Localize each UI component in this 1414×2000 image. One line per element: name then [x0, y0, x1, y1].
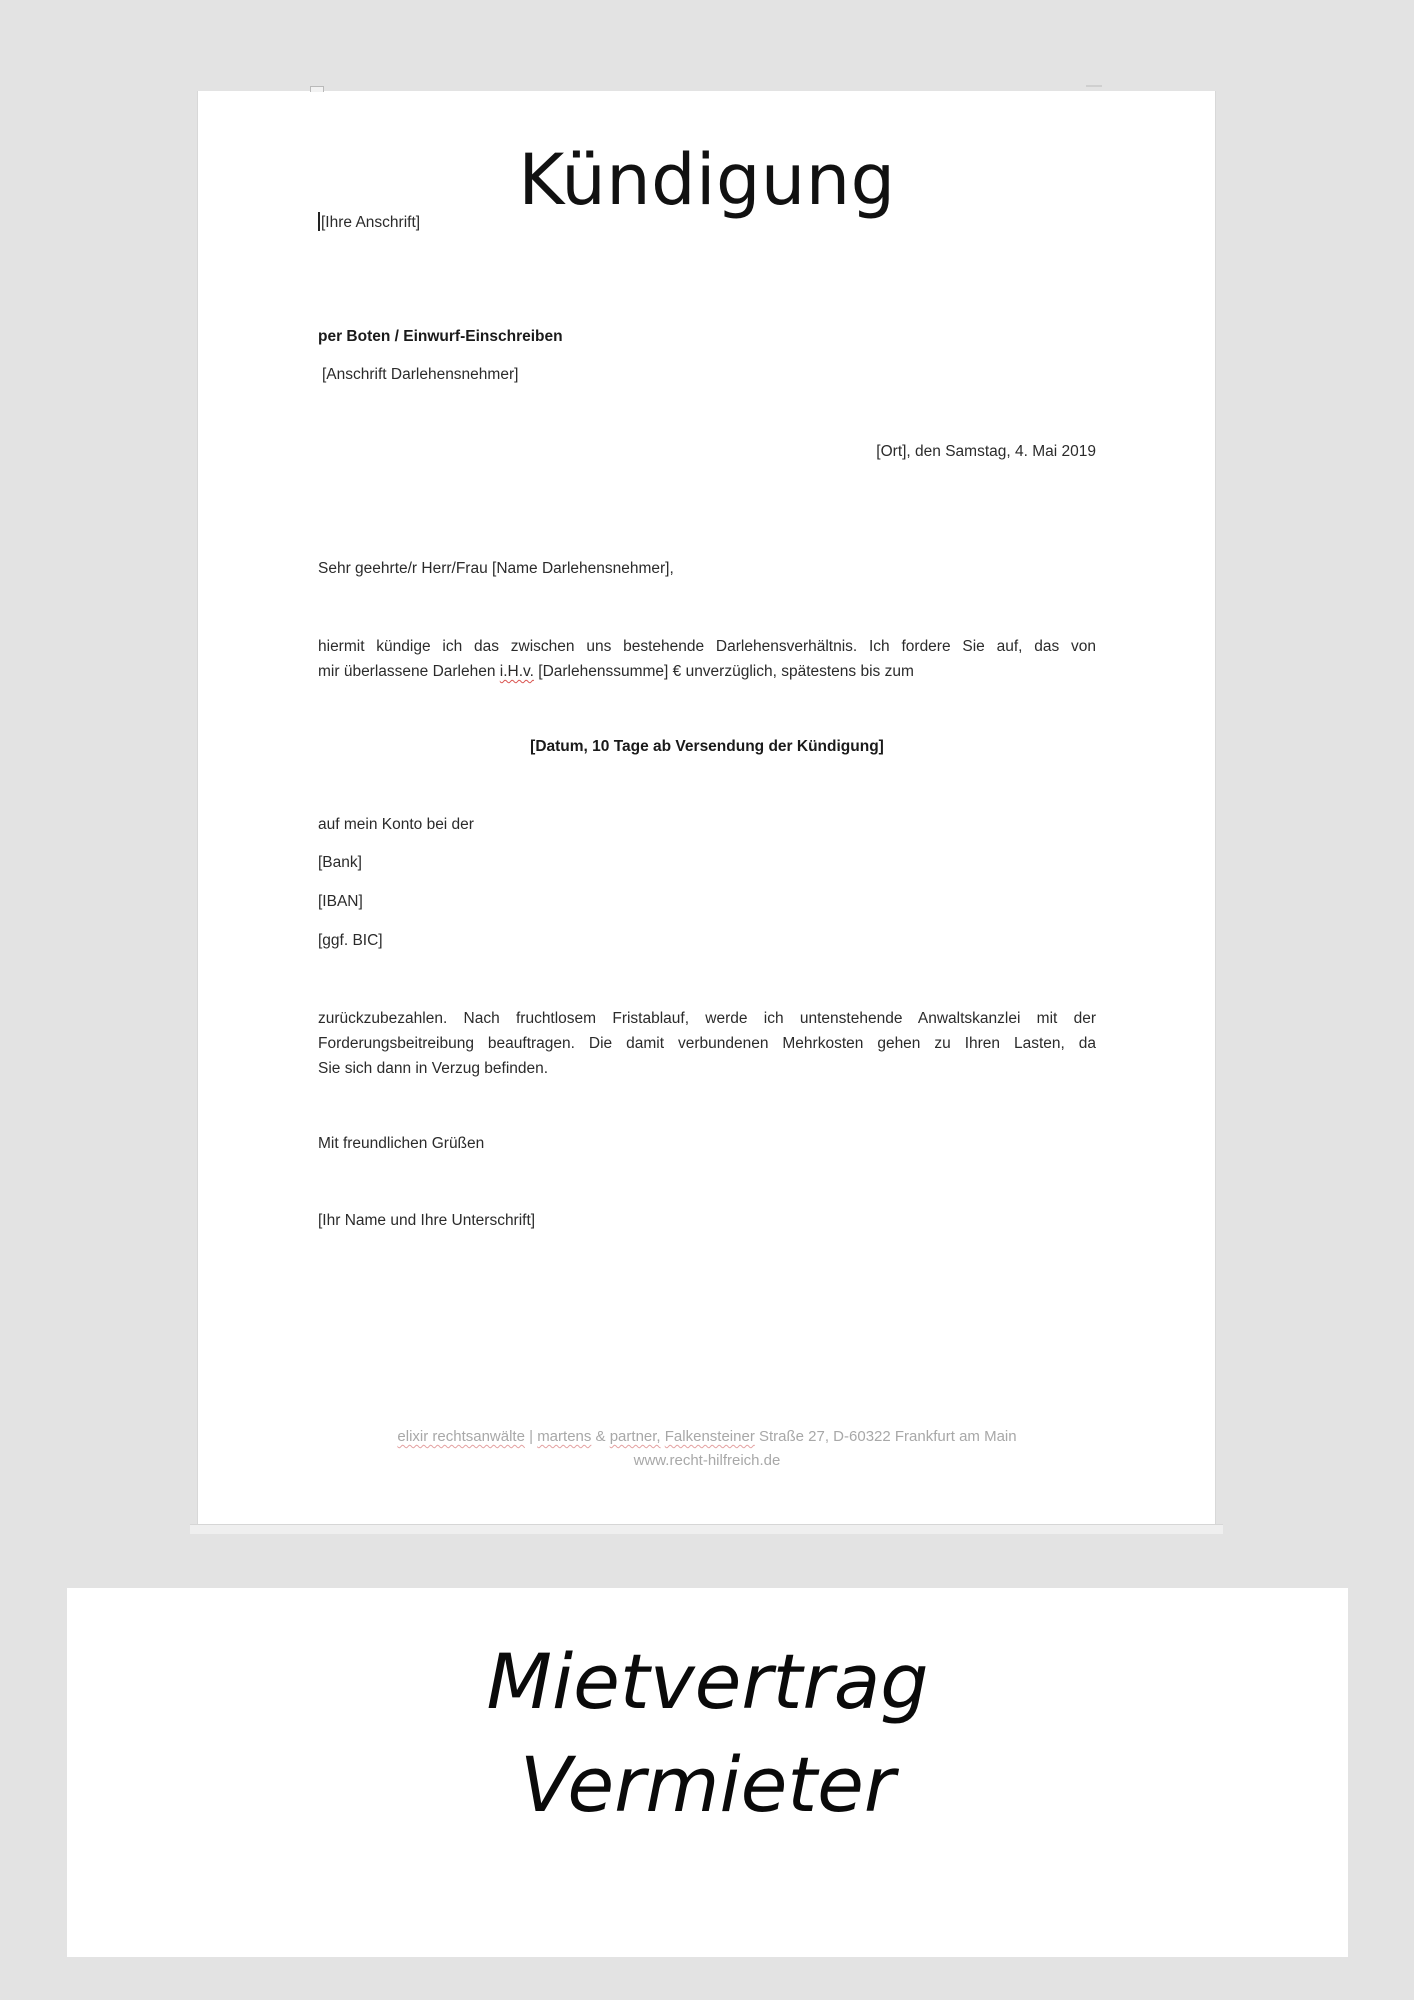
paragraph-line: Sie sich dann in Verzug befinden.	[318, 1056, 1096, 1081]
text-cursor	[318, 212, 320, 231]
text-segment: mir überlassene Darlehen	[318, 663, 500, 680]
deadline-placeholder: [Datum, 10 Tage ab Versendung der Kündig…	[0, 738, 1414, 756]
account-intro: auf mein Konto bei der	[318, 816, 474, 834]
sender-address-text: [Ihre Anschrift]	[321, 214, 420, 231]
paragraph-line: zurückzubezahlen. Nach fruchtlosem Frist…	[318, 1006, 1096, 1031]
footer-address: elixir rechtsanwälte | martens & partner…	[0, 1428, 1414, 1445]
spellcheck-flagged-word[interactable]: Falkensteiner	[665, 1428, 755, 1445]
paragraph-line: Forderungsbeitreibung beauftragen. Die d…	[318, 1031, 1096, 1056]
margin-marker-left	[310, 86, 324, 92]
paragraph-termination: hiermit kündige ich das zwischen uns bes…	[318, 634, 1096, 684]
paragraph-line: mir überlassene Darlehen i.H.v. [Darlehe…	[318, 659, 1096, 684]
sender-address[interactable]: [Ihre Anschrift]	[318, 212, 420, 232]
signature-placeholder: [Ihr Name und Ihre Unterschrift]	[318, 1212, 535, 1230]
spellcheck-flagged-word[interactable]: partner,	[610, 1428, 661, 1445]
bank-placeholder: [Bank]	[318, 854, 362, 872]
iban-placeholder: [IBAN]	[318, 893, 363, 911]
caption-line-2: Vermieter	[67, 1740, 1348, 1829]
paragraph-line: hiermit kündige ich das zwischen uns bes…	[318, 634, 1096, 659]
caption-panel: Mietvertrag Vermieter	[67, 1588, 1348, 1957]
text-segment: Straße 27, D-60322 Frankfurt am Main	[755, 1428, 1017, 1445]
footer-website: www.recht-hilfreich.de	[0, 1452, 1414, 1469]
spellcheck-flagged-word[interactable]: elixir rechtsanwälte	[397, 1428, 525, 1445]
place-date: [Ort], den Samstag, 4. Mai 2019	[876, 443, 1096, 461]
document-page	[197, 91, 1216, 1524]
closing: Mit freundlichen Grüßen	[318, 1135, 484, 1153]
text-segment: &	[591, 1428, 609, 1445]
caption-line-1: Mietvertrag	[67, 1637, 1348, 1726]
page-bottom-edge	[190, 1524, 1223, 1534]
page-title: Kündigung	[0, 139, 1414, 221]
spellcheck-flagged-word[interactable]: i.H.v.	[500, 663, 534, 680]
margin-marker-right	[1086, 85, 1102, 87]
salutation: Sehr geehrte/r Herr/Frau [Name Darlehens…	[318, 560, 674, 578]
bic-placeholder: [ggf. BIC]	[318, 932, 383, 950]
spellcheck-flagged-word[interactable]: martens	[537, 1428, 591, 1445]
text-segment: [Darlehenssumme] € unverzüglich, spätest…	[534, 663, 914, 680]
text-segment: |	[525, 1428, 537, 1445]
delivery-method: per Boten / Einwurf-Einschreiben	[318, 328, 563, 346]
recipient-address: [Anschrift Darlehensnehmer]	[322, 366, 518, 384]
paragraph-consequences: zurückzubezahlen. Nach fruchtlosem Frist…	[318, 1006, 1096, 1081]
